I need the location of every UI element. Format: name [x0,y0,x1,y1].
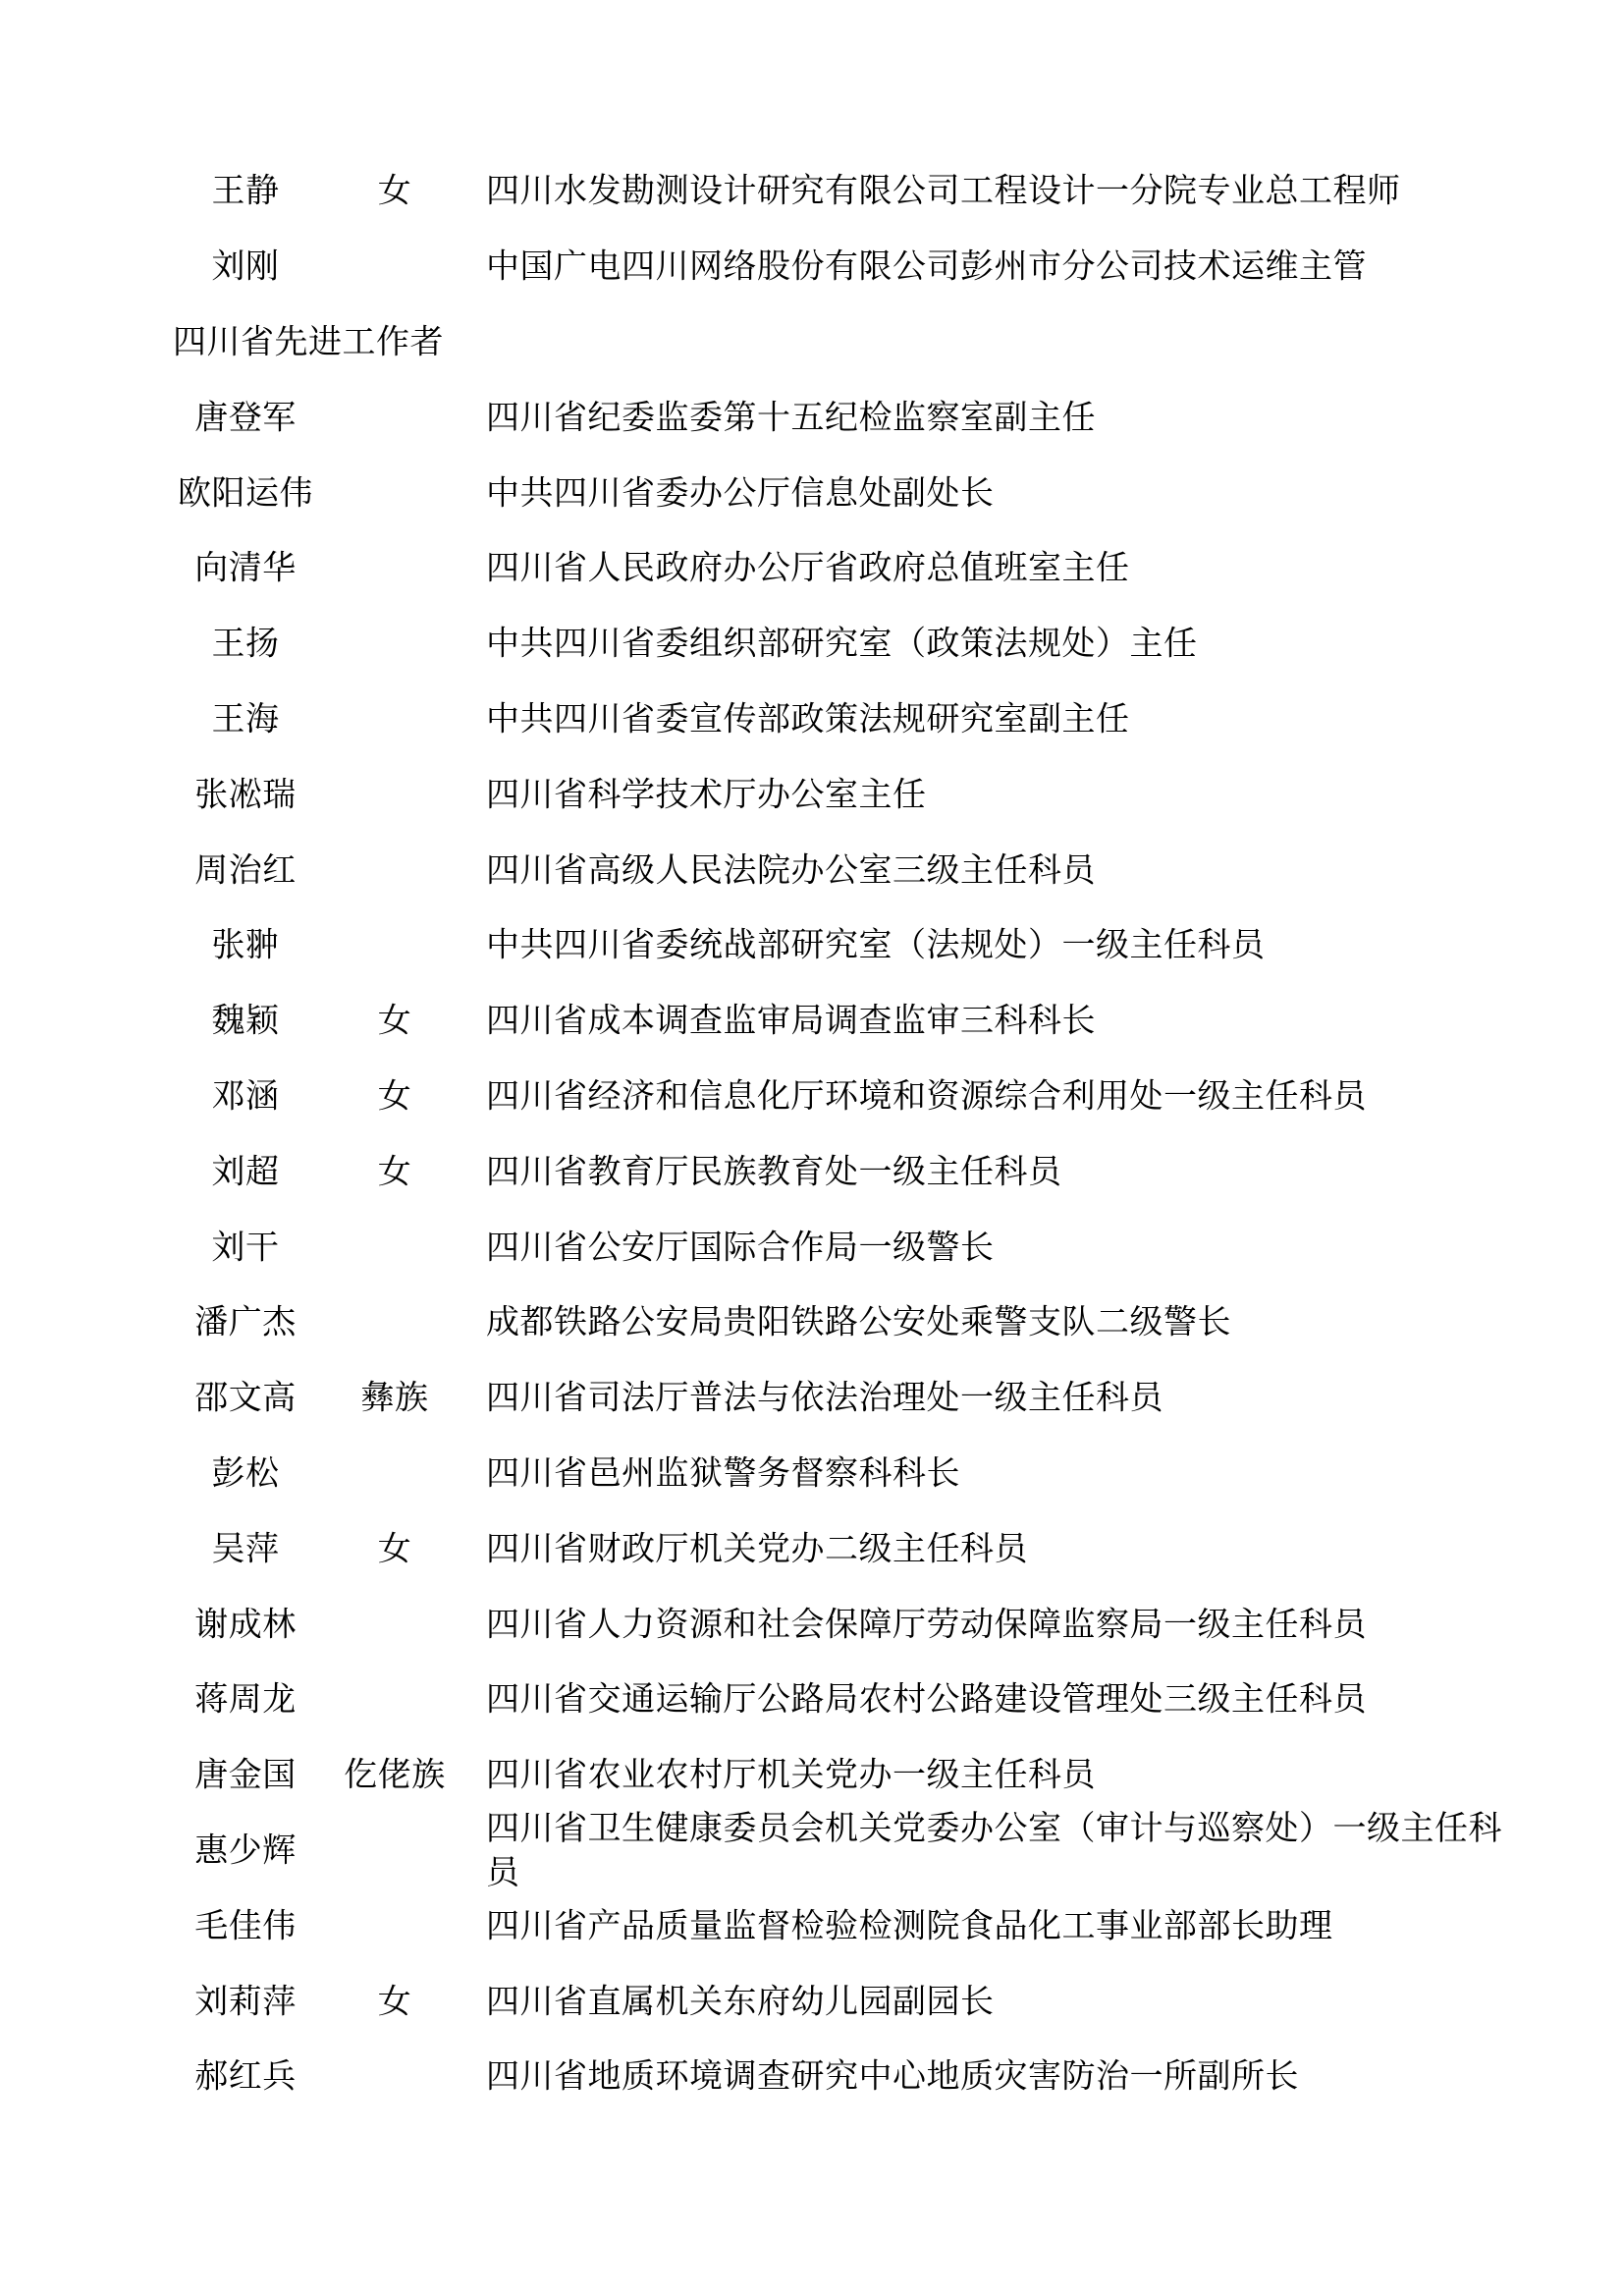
table-row: 邵文高 彝族 四川省司法厅普法与依法治理处一级主任科员 [0,1361,1623,1437]
person-gender-ethnicity: 女 [334,1150,456,1194]
person-name: 张翀 [113,924,378,968]
person-position-title: 四川省纪委监委第十五纪检监察室副主任 [486,396,1517,440]
person-position-title: 四川省成本调查监审局调查监审三科科长 [486,1000,1517,1044]
person-gender-ethnicity: 女 [334,1074,456,1119]
person-position-title: 四川省邑州监狱警务督察科科长 [486,1451,1517,1496]
person-name: 王扬 [113,623,378,667]
person-position-title: 四川省农业农村厅机关党办一级主任科员 [486,1754,1517,1798]
person-position-title: 中共四川省委统战部研究室（法规处）一级主任科员 [486,924,1517,968]
person-position-title: 四川水发勘测设计研究有限公司工程设计一分院专业总工程师 [486,170,1517,214]
table-row: 蒋周龙 四川省交通运输厅公路局农村公路建设管理处三级主任科员 [0,1663,1623,1738]
table-row: 刘干 四川省公安厅国际合作局一级警长 [0,1210,1623,1285]
person-position-title: 中共四川省委组织部研究室（政策法规处）主任 [486,623,1517,667]
table-row: 周治红 四川省高级人民法院办公室三级主任科员 [0,833,1623,908]
table-row: 向清华 四川省人民政府办公厅省政府总值班室主任 [0,531,1623,607]
person-name: 张凇瑞 [113,773,378,817]
person-name: 谢成林 [113,1603,378,1647]
person-position-title: 四川省司法厅普法与依法治理处一级主任科员 [486,1377,1517,1421]
table-row: 郝红兵 四川省地质环境调查研究中心地质灾害防治一所副所长 [0,2040,1623,2115]
person-position-title: 四川省直属机关东府幼儿园副园长 [486,1980,1517,2024]
person-position-title: 四川省科学技术厅办公室主任 [486,773,1517,817]
section-header-row: 四川省先进工作者 [0,305,1623,381]
table-row: 毛佳伟 四川省产品质量监督检验检测院食品化工事业部部长助理 [0,1888,1623,1964]
person-name: 潘广杰 [113,1301,378,1345]
table-row: 刘莉萍 女 四川省直属机关东府幼儿园副园长 [0,1964,1623,2040]
table-row: 王静 女 四川水发勘测设计研究有限公司工程设计一分院专业总工程师 [0,154,1623,230]
person-position-title: 四川省财政厅机关党办二级主任科员 [486,1527,1517,1571]
table-row: 王扬 中共四川省委组织部研究室（政策法规处）主任 [0,607,1623,683]
person-position-title: 四川省高级人民法院办公室三级主任科员 [486,848,1517,893]
award-recipient-table: 王静 女 四川水发勘测设计研究有限公司工程设计一分院专业总工程师 刘刚 中国广电… [0,154,1623,2115]
document-page: 王静 女 四川水发勘测设计研究有限公司工程设计一分院专业总工程师 刘刚 中国广电… [0,0,1623,2296]
person-name: 向清华 [113,547,378,591]
person-position-title: 四川省产品质量监督检验检测院食品化工事业部部长助理 [486,1904,1517,1948]
person-name: 彭松 [113,1451,378,1496]
table-row: 唐登军 四川省纪委监委第十五纪检监察室副主任 [0,380,1623,456]
person-position-title: 四川省教育厅民族教育处一级主任科员 [486,1150,1517,1194]
person-name: 蒋周龙 [113,1678,378,1722]
person-position-title: 四川省交通运输厅公路局农村公路建设管理处三级主任科员 [486,1678,1517,1722]
person-name: 刘刚 [113,246,378,290]
table-row: 邓涵 女 四川省经济和信息化厅环境和资源综合利用处一级主任科员 [0,1060,1623,1135]
person-name: 周治红 [113,848,378,893]
person-gender-ethnicity: 女 [334,170,456,214]
person-gender-ethnicity: 女 [334,1527,456,1571]
table-row: 唐金国 仡佬族 四川省农业农村厅机关党办一级主任科员 [0,1738,1623,1814]
person-position-title: 中国广电四川网络股份有限公司彭州市分公司技术运维主管 [486,246,1517,290]
table-row: 彭松 四川省邑州监狱警务督察科科长 [0,1437,1623,1512]
person-position-title: 四川省人民政府办公厅省政府总值班室主任 [486,547,1517,591]
table-row: 刘刚 中国广电四川网络股份有限公司彭州市分公司技术运维主管 [0,230,1623,305]
person-position-title: 四川省经济和信息化厅环境和资源综合利用处一级主任科员 [486,1074,1517,1119]
person-position-title: 四川省公安厅国际合作局一级警长 [486,1226,1517,1270]
person-position-title: 中共四川省委宣传部政策法规研究室副主任 [486,697,1517,741]
table-row: 刘超 女 四川省教育厅民族教育处一级主任科员 [0,1134,1623,1210]
person-position-title: 四川省人力资源和社会保障厅劳动保障监察局一级主任科员 [486,1603,1517,1647]
person-name: 王海 [113,697,378,741]
person-position-title: 四川省卫生健康委员会机关党委办公室（审计与巡察处）一级主任科员 [486,1807,1517,1895]
table-row: 魏颖 女 四川省成本调查监审局调查监审三科科长 [0,984,1623,1060]
person-name: 惠少辉 [113,1829,378,1873]
person-name: 刘干 [113,1226,378,1270]
person-position-title: 四川省地质环境调查研究中心地质灾害防治一所副所长 [486,2055,1517,2100]
person-position-title: 成都铁路公安局贵阳铁路公安处乘警支队二级警长 [486,1301,1517,1345]
table-row: 谢成林 四川省人力资源和社会保障厅劳动保障监察局一级主任科员 [0,1587,1623,1663]
table-row: 张凇瑞 四川省科学技术厅办公室主任 [0,757,1623,833]
person-position-title: 中共四川省委办公厅信息处副处长 [486,471,1517,516]
section-header: 四川省先进工作者 [173,320,1528,364]
table-row: 欧阳运伟 中共四川省委办公厅信息处副处长 [0,456,1623,531]
person-gender-ethnicity: 仡佬族 [334,1754,456,1798]
person-name: 郝红兵 [113,2055,378,2100]
person-name: 欧阳运伟 [113,471,378,516]
table-row: 潘广杰 成都铁路公安局贵阳铁路公安处乘警支队二级警长 [0,1285,1623,1361]
person-gender-ethnicity: 女 [334,1980,456,2024]
table-row: 张翀 中共四川省委统战部研究室（法规处）一级主任科员 [0,908,1623,984]
person-name: 唐登军 [113,396,378,440]
table-row: 惠少辉 四川省卫生健康委员会机关党委办公室（审计与巡察处）一级主任科员 [0,1814,1623,1889]
person-gender-ethnicity: 女 [334,1000,456,1044]
person-name: 毛佳伟 [113,1904,378,1948]
table-row: 吴萍 女 四川省财政厅机关党办二级主任科员 [0,1511,1623,1587]
table-row: 王海 中共四川省委宣传部政策法规研究室副主任 [0,683,1623,758]
person-gender-ethnicity: 彝族 [334,1377,456,1421]
